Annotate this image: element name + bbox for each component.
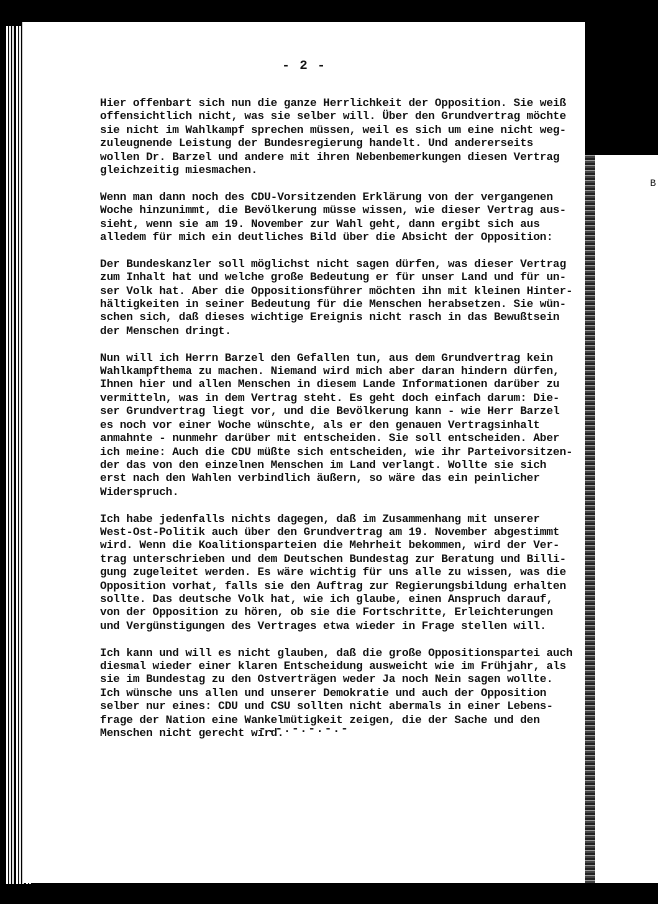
text-line: und Vergünstigungen des Vertrages etwa w… <box>100 621 580 634</box>
text-line: Ich kann und will es nicht glauben, daß … <box>100 648 580 661</box>
text-line: diesmal wieder einer klaren Entscheidung… <box>100 661 580 674</box>
text-line: sie im Bundestag zu den Ostverträgen wed… <box>100 674 580 687</box>
text-line: Hier offenbart sich nun die ganze Herrli… <box>100 98 580 111</box>
text-line: schen sich, daß dieses wichtige Ereignis… <box>100 312 580 325</box>
text-line: der das von den einzelnen Menschen im La… <box>100 460 580 473</box>
closing-mark: -.-.-.-.-.- <box>23 722 585 736</box>
text-line: trag unterschrieben und dem Deutschen Bu… <box>100 554 580 567</box>
text-line: West-Ost-Politik auch über den Grundvert… <box>100 527 580 540</box>
text-line: Opposition vorhat, falls sie den Auftrag… <box>100 581 580 594</box>
document-page: - 2 - Hier offenbart sich nun die ganze … <box>22 22 585 883</box>
text-line: Woche hinzunimmt, die Bevölkerung müsse … <box>100 205 580 218</box>
text-line: offensichtlich nicht, was sie selber wil… <box>100 111 580 124</box>
text-line: vermitteln, was in dem Vertrag steht. Es… <box>100 393 580 406</box>
text-line: hältigkeiten in seiner Bedeutung für die… <box>100 299 580 312</box>
text-line: alledem für mich ein deutliches Bild übe… <box>100 232 580 245</box>
text-line: zuleugnende Leistung der Bundesregierung… <box>100 138 580 151</box>
text-line: Widerspruch. <box>100 487 580 500</box>
text-line: selber nur eines: CDU und CSU sollten ni… <box>100 701 580 714</box>
text-line: von der Opposition zu hören, ob sie die … <box>100 607 580 620</box>
text-line: Der Bundeskanzler soll möglichst nicht s… <box>100 259 580 272</box>
text-line: sieht, wenn sie am 19. November zur Wahl… <box>100 219 580 232</box>
paragraph: Nun will ich Herrn Barzel den Gefallen t… <box>100 353 580 500</box>
adjacent-page-letter: B <box>650 179 656 190</box>
adjacent-page: B <box>595 155 658 883</box>
text-line: Nun will ich Herrn Barzel den Gefallen t… <box>100 353 580 366</box>
text-line: gleichzeitig miesmachen. <box>100 165 580 178</box>
text-line: Ich habe jedenfalls nichts dagegen, daß … <box>100 514 580 527</box>
text-line: zum Inhalt hat und welche große Bedeutun… <box>100 272 580 285</box>
paragraph: Wenn man dann noch des CDU-Vorsitzenden … <box>100 192 580 246</box>
text-line: wollen Dr. Barzel und andere mit ihren N… <box>100 152 580 165</box>
text-line: wird. Wenn die Koalitionsparteien die Me… <box>100 540 580 553</box>
text-line: Wahlkampfthema zu machen. Niemand wird m… <box>100 366 580 379</box>
paragraph: Der Bundeskanzler soll möglichst nicht s… <box>100 259 580 339</box>
text-line: Ich wünsche uns allen und unserer Demokr… <box>100 688 580 701</box>
page-number: - 2 - <box>23 58 585 73</box>
document-body: Hier offenbart sich nun die ganze Herrli… <box>100 98 580 755</box>
text-line: anmahnte - nunmehr darüber mit entscheid… <box>100 433 580 446</box>
text-line: der Menschen dringt. <box>100 326 580 339</box>
paragraph: Hier offenbart sich nun die ganze Herrli… <box>100 98 580 178</box>
text-line: Ihnen hier und allen Menschen in diesem … <box>100 379 580 392</box>
text-line: erst nach den Wahlen verbindlich äußern,… <box>100 473 580 486</box>
text-line: Wenn man dann noch des CDU-Vorsitzenden … <box>100 192 580 205</box>
text-line: ser Volk hat. Aber die Oppositionsführer… <box>100 286 580 299</box>
text-line: sollte. Das deutsche Volk hat, wie ich g… <box>100 594 580 607</box>
text-line: sie nicht im Wahlkampf sprechen müssen, … <box>100 125 580 138</box>
text-line: gung zugeleitet werden. Es wäre wichtig … <box>100 567 580 580</box>
text-line: ich meine: Auch die CDU müßte sich entsc… <box>100 447 580 460</box>
text-line: es noch vor einer Woche wünschte, als er… <box>100 420 580 433</box>
text-line: ser Grundvertrag liegt vor, und die Bevö… <box>100 406 580 419</box>
paragraph: Ich habe jedenfalls nichts dagegen, daß … <box>100 514 580 635</box>
